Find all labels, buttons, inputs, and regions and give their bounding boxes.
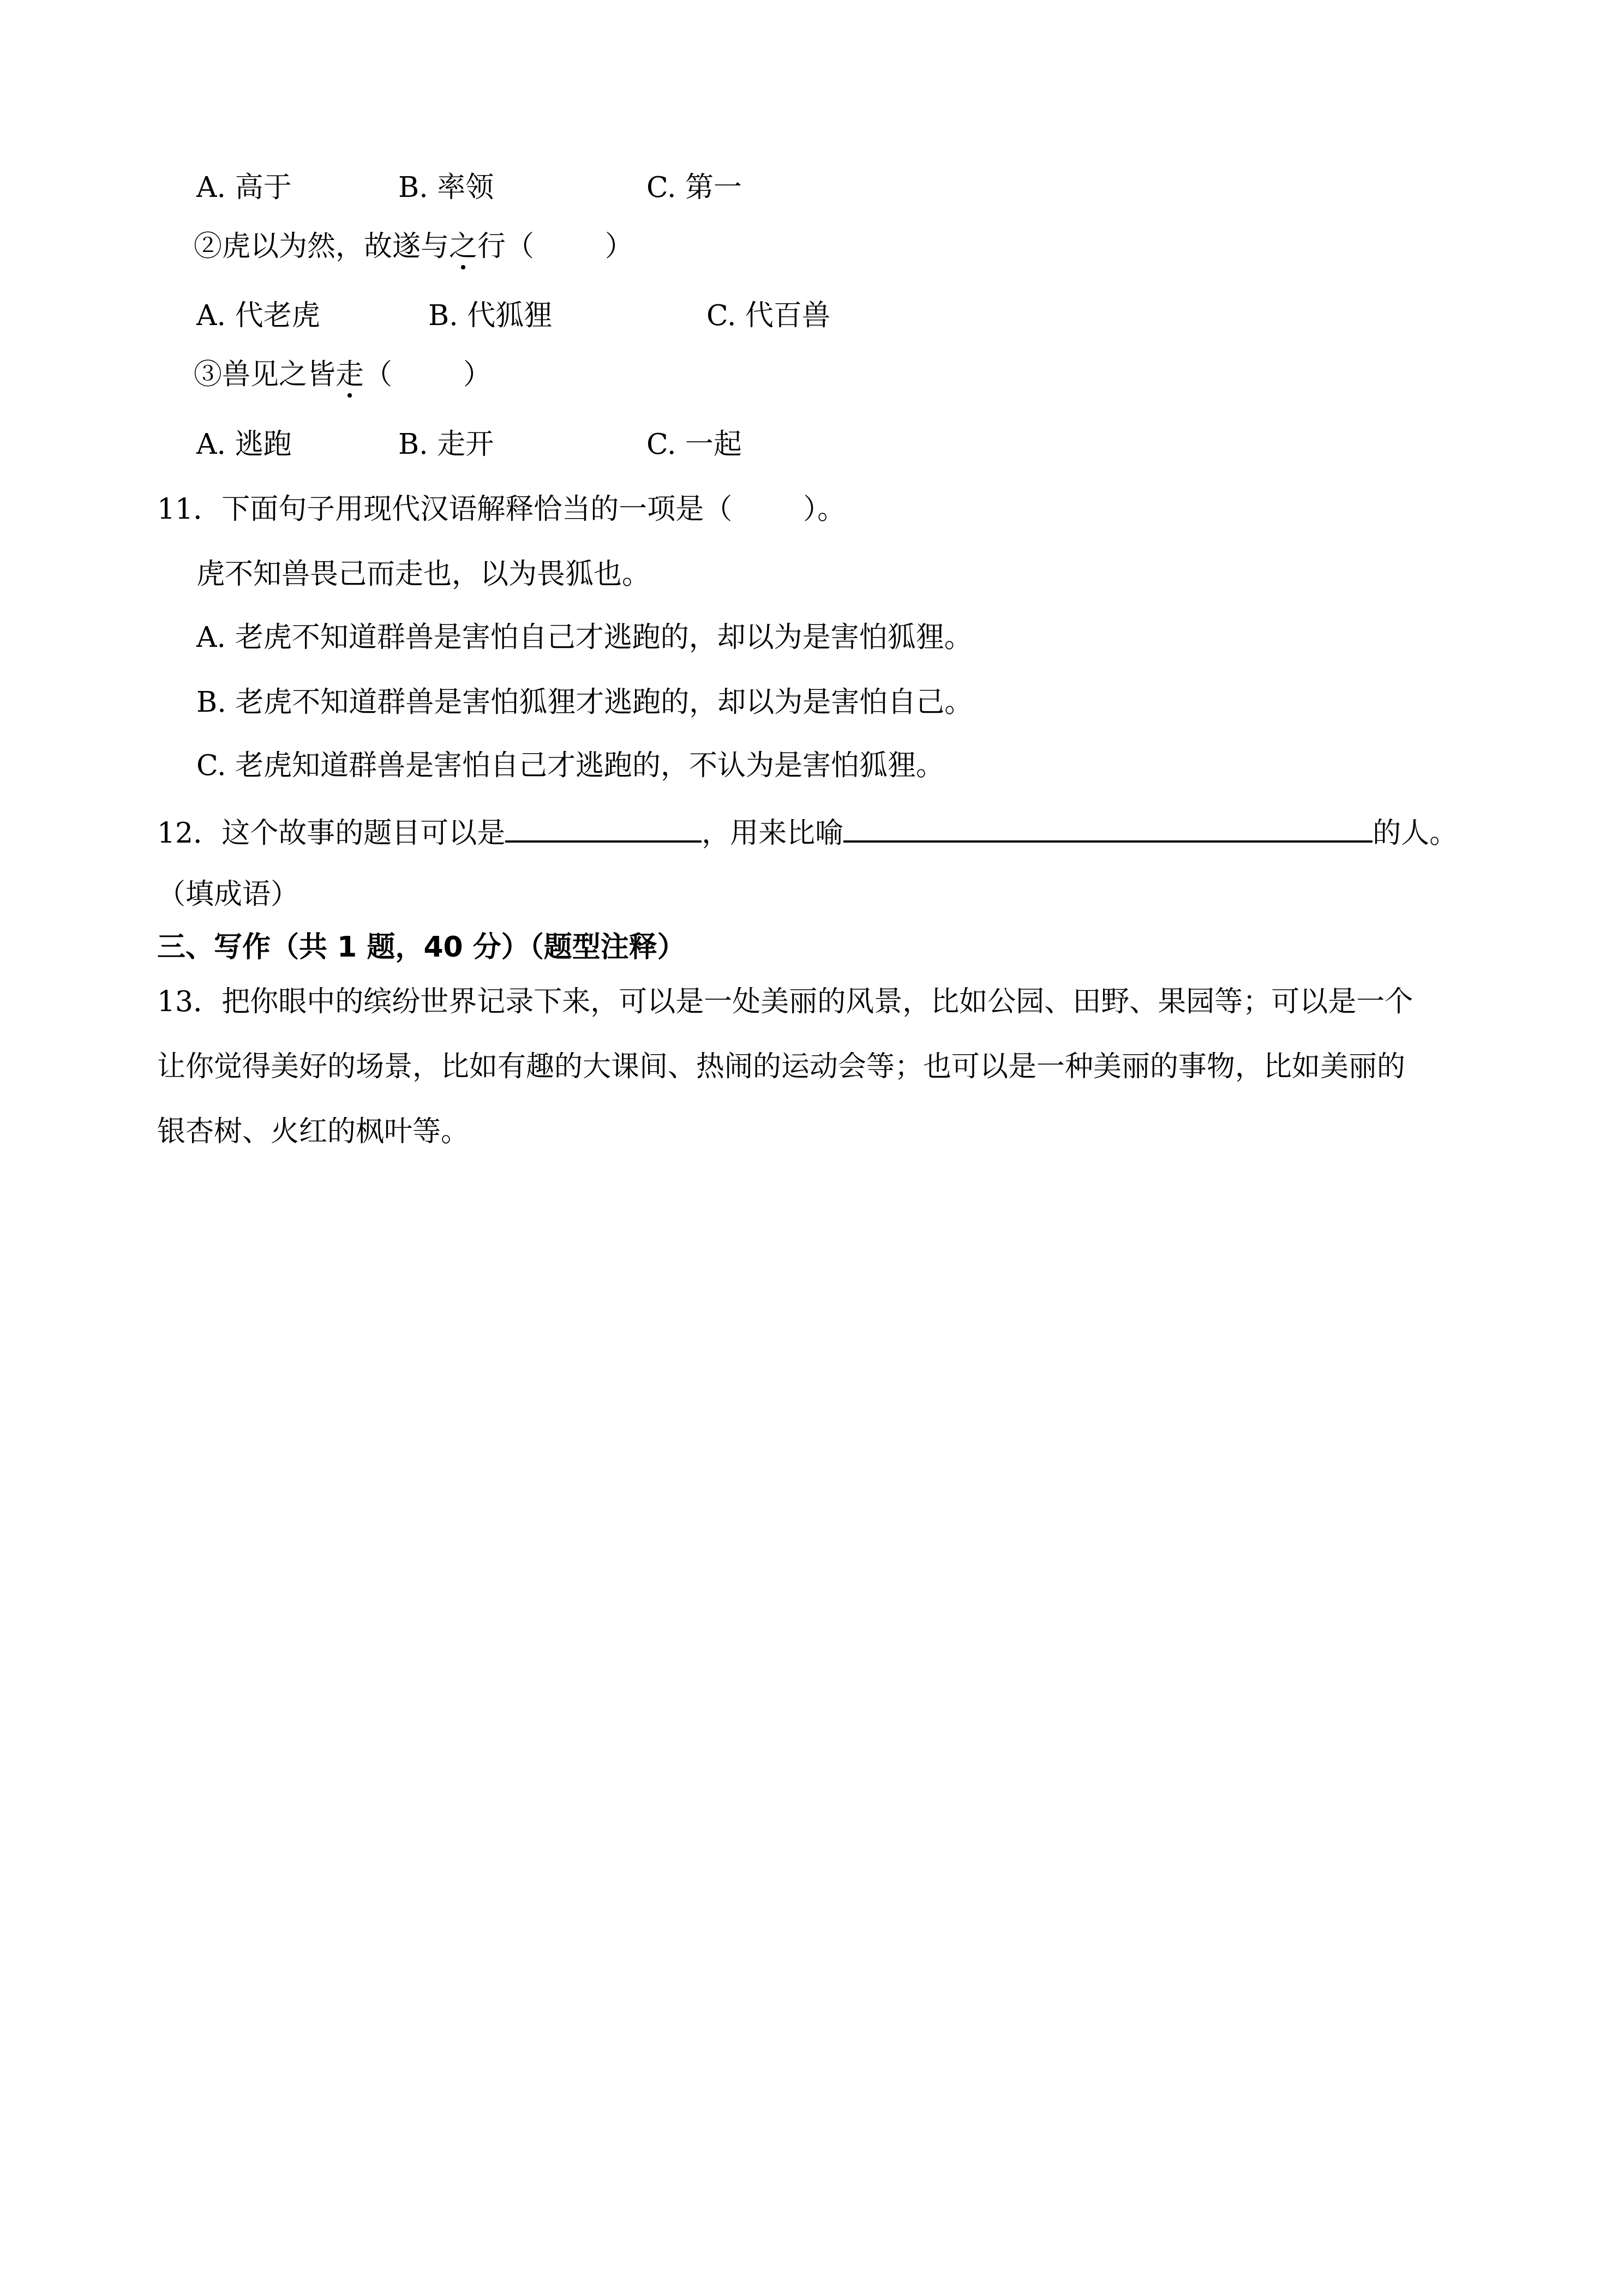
question-text: ，用来比喻 xyxy=(702,817,843,850)
close-paren: ）。 xyxy=(803,493,846,526)
option-text: 高于 xyxy=(235,171,292,204)
question-text: 把你眼中的缤纷世界记录下来，可以是一处美丽的风景，比如公园、田野、果园等；可以是… xyxy=(221,985,1413,1018)
option-text: 老虎不知道群兽是害怕自己才逃跑的，却以为是害怕狐狸。 xyxy=(235,621,973,654)
question-number: 12． xyxy=(157,817,221,850)
option-letter: A. xyxy=(196,428,226,461)
option-text: 代百兽 xyxy=(745,299,830,332)
section-heading: 三、写作（共 1 题，40 分）（题型注释） xyxy=(157,930,686,965)
q10-1-option-b: B. 率领 xyxy=(398,170,494,205)
meaning-blank[interactable] xyxy=(843,813,1373,843)
q10-part2-stem: ②虎以为然，故遂与之行（） xyxy=(194,229,633,264)
option-text: 老虎知道群兽是害怕自己才逃跑的，不认为是害怕狐狸。 xyxy=(235,749,944,782)
q10-1-option-c: C. 第一 xyxy=(646,170,742,205)
q13-line-2: 让你觉得美好的场景，比如有趣的大课间、热闹的运动会等；也可以是一种美丽的事物，比… xyxy=(157,1049,1405,1084)
q10-2-option-b: B. 代狐狸 xyxy=(428,298,552,333)
option-text: 率领 xyxy=(437,171,494,204)
option-letter: C. xyxy=(646,171,676,204)
q10-1-option-a: A. 高于 xyxy=(196,170,292,205)
stem-text: 行（ xyxy=(477,230,534,263)
option-letter: A. xyxy=(196,171,226,204)
emphasized-char: 走 xyxy=(335,357,364,392)
question-text: 下面句子用现代汉语解释恰当的一项是（ xyxy=(221,493,732,526)
q10-3-option-a: A. 逃跑 xyxy=(196,427,292,462)
q10-2-option-c: C. 代百兽 xyxy=(706,298,830,333)
q10-2-option-a: A. 代老虎 xyxy=(196,298,320,333)
question-number: 13． xyxy=(157,985,221,1018)
option-text: 第一 xyxy=(685,171,742,204)
option-text: 走开 xyxy=(437,428,494,461)
q11-stem: 11．下面句子用现代汉语解释恰当的一项是（）。 xyxy=(157,492,846,527)
q12-note: （填成语） xyxy=(157,877,299,912)
q12-stem: 12．这个故事的题目可以是，用来比喻的人。 xyxy=(157,813,1458,851)
option-letter: A. xyxy=(196,621,226,654)
q11-quote: 虎不知兽畏己而走也，以为畏狐也。 xyxy=(196,557,650,592)
question-text: 的人。 xyxy=(1373,817,1458,850)
stem-text: 虎以为然，故遂与 xyxy=(222,230,449,263)
circled-number-2: ② xyxy=(194,230,222,263)
idiom-blank[interactable] xyxy=(505,813,702,843)
stem-text: （ xyxy=(364,358,392,391)
q13-line-3: 银杏树、火红的枫叶等。 xyxy=(157,1114,469,1149)
stem-text: 兽见之皆 xyxy=(222,358,335,391)
q10-3-option-c: C. 一起 xyxy=(646,427,742,462)
option-letter: C. xyxy=(196,749,226,782)
option-letter: C. xyxy=(646,428,676,461)
option-letter: B. xyxy=(398,171,428,204)
option-letter: B. xyxy=(398,428,428,461)
q11-option-a: A. 老虎不知道群兽是害怕自己才逃跑的，却以为是害怕狐狸。 xyxy=(196,620,973,655)
q10-part3-stem: ③兽见之皆走（） xyxy=(194,357,492,392)
close-paren: ） xyxy=(463,358,492,391)
option-text: 代老虎 xyxy=(235,299,320,332)
circled-number-3: ③ xyxy=(194,358,222,391)
option-text: 代狐狸 xyxy=(467,299,552,332)
q13-line-1: 13．把你眼中的缤纷世界记录下来，可以是一处美丽的风景，比如公园、田野、果园等；… xyxy=(157,984,1413,1019)
option-letter: C. xyxy=(706,299,736,332)
q10-3-option-b: B. 走开 xyxy=(398,427,494,462)
option-letter: B. xyxy=(428,299,458,332)
q11-option-c: C. 老虎知道群兽是害怕自己才逃跑的，不认为是害怕狐狸。 xyxy=(196,748,944,783)
question-text: 这个故事的题目可以是 xyxy=(221,817,505,850)
option-text: 老虎不知道群兽是害怕狐狸才逃跑的，却以为是害怕自己。 xyxy=(235,686,973,719)
close-paren: ） xyxy=(605,230,633,263)
q11-option-b: B. 老虎不知道群兽是害怕狐狸才逃跑的，却以为是害怕自己。 xyxy=(196,685,973,720)
option-text: 一起 xyxy=(685,428,742,461)
question-number: 11． xyxy=(157,493,221,526)
option-letter: A. xyxy=(196,299,226,332)
option-text: 逃跑 xyxy=(235,428,292,461)
option-letter: B. xyxy=(196,686,226,719)
emphasized-char: 之 xyxy=(449,229,477,264)
